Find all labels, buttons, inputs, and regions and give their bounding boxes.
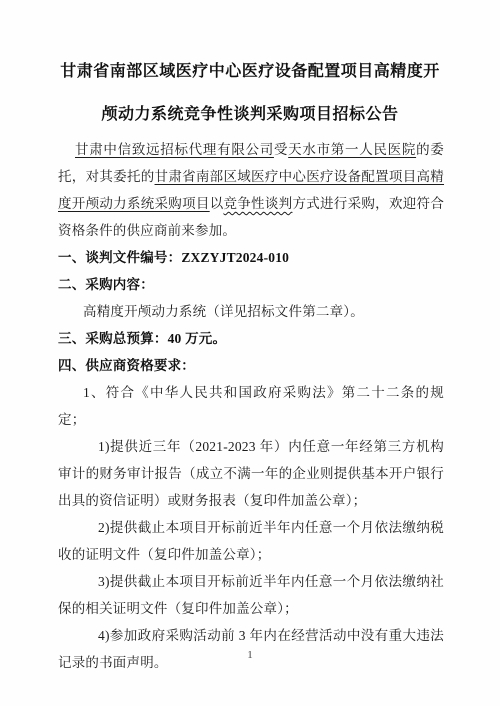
section-2-heading: 二、采购内容： — [58, 271, 444, 298]
procurement-method: 竞争性谈判 — [223, 196, 292, 211]
section-4-label: 四、供应商资格要求： — [58, 358, 195, 373]
page-number: 1 — [0, 649, 500, 661]
title-line-2: 颅动力系统竞争性谈判采购项目招标公告 — [40, 93, 460, 136]
title-line-1: 甘肃省南部区域医疗中心医疗设备配置项目高精度开 — [40, 50, 460, 93]
qualification-subitem-3: 3)提供截止本项目开标前近半年内任意一个月依法缴纳社保的相关证明文件（复印件加盖… — [58, 568, 444, 622]
section-3-heading: 三、采购总预算：40 万元。 — [58, 325, 444, 352]
document-page: 甘肃省南部区域医疗中心医疗设备配置项目高精度开颅动力系统竞争性谈判采购项目招标公… — [0, 0, 500, 706]
section-2-label: 二、采购内容： — [58, 277, 154, 292]
negotiation-doc-number: ZXZYJT2024-010 — [181, 250, 289, 265]
budget-value: 40 万元。 — [168, 331, 227, 346]
agency-name: 甘肃中信致远招标代理有限公司 — [75, 142, 274, 157]
section-1-heading: 一、谈判文件编号：ZXZYJT2024-010 — [58, 244, 444, 271]
section-3-label: 三、采购总预算： — [58, 331, 168, 346]
qualification-subitem-1: 1)提供近三年（2021-2023 年）内任意一年经第三方机构审计的财务审计报告… — [58, 433, 444, 514]
intro-paragraph: 甘肃中信致远招标代理有限公司受天水市第一人民医院的委托，对其委托的甘肃省南部区域… — [58, 136, 444, 244]
procurement-content: 高精度开颅动力系统（详见招标文件第二章）。 — [58, 298, 444, 325]
document-body: 甘肃中信致远招标代理有限公司受天水市第一人民医院的委托，对其委托的甘肃省南部区域… — [58, 136, 444, 676]
section-1-label: 一、谈判文件编号： — [58, 250, 181, 265]
document-title: 甘肃省南部区域医疗中心医疗设备配置项目高精度开颅动力系统竞争性谈判采购项目招标公… — [40, 50, 460, 136]
qualification-subitem-2: 2)提供截止本项目开标前近半年内任意一个月依法缴纳税收的证明文件（复印件加盖公章… — [58, 514, 444, 568]
intro-text-by: 以 — [210, 196, 224, 211]
hospital-name: 天水市第一人民医院 — [288, 142, 416, 157]
section-4-heading: 四、供应商资格要求： — [58, 352, 444, 379]
intro-text-received: 受 — [274, 142, 288, 157]
qualification-item-1: 1、符合《中华人民共和国政府采购法》第二十二条的规定； — [58, 379, 444, 433]
